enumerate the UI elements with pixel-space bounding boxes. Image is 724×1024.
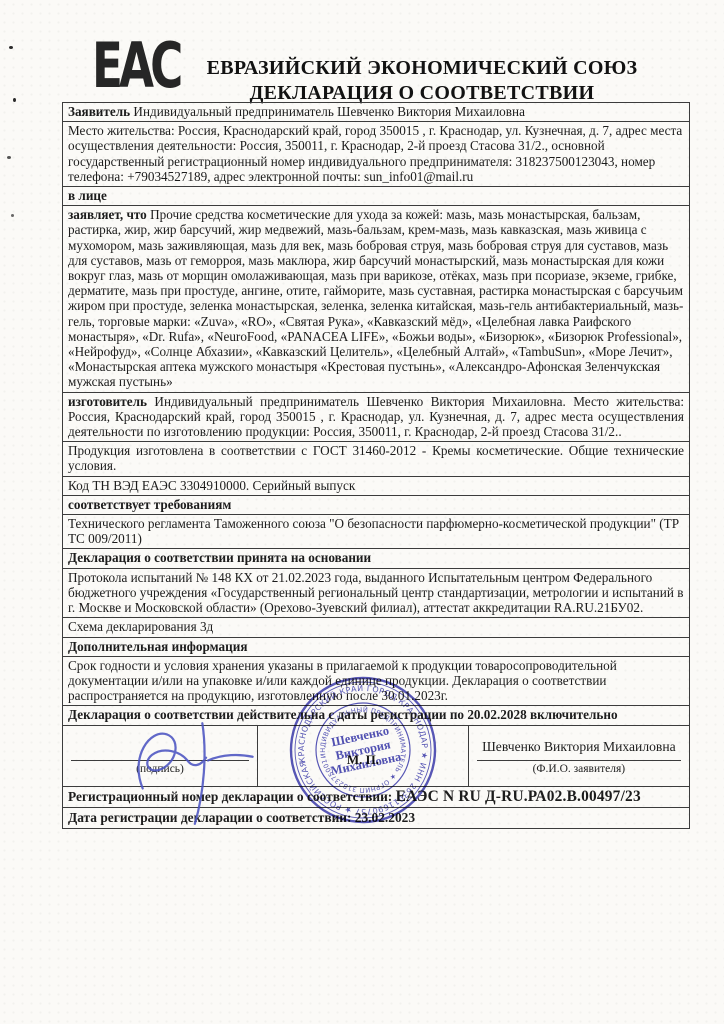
applicant-value: Индивидуальный предприниматель Шевченко …: [133, 104, 525, 119]
row-applicant: Заявитель Индивидуальный предприниматель…: [62, 102, 690, 122]
row-validity: Декларация о соответствии действительна …: [62, 705, 690, 725]
applicant-label: Заявитель: [68, 104, 130, 119]
test-protocol-text: Протокола испытаний № 148 КХ от 21.02.20…: [68, 570, 683, 615]
scan-speck: [13, 98, 16, 102]
tnved-text: Код ТН ВЭД ЕАЭС 3304910000. Серийный вып…: [68, 478, 355, 493]
row-technical-regulation: Технического регламента Таможенного союз…: [62, 514, 690, 549]
row-basis-heading: Декларация о соответствии принята на осн…: [62, 548, 690, 568]
stamp-place-mark: М. П.: [258, 752, 468, 767]
applicant-fio: Шевченко Виктория Михаиловна: [469, 739, 689, 754]
declares-label: заявляет, что: [68, 207, 147, 222]
scan-speck: [7, 156, 11, 159]
row-registration-number: Регистрационный номер декларации о соотв…: [62, 786, 690, 808]
scan-speck: [9, 46, 13, 49]
additional-info-text: Срок годности и условия хранения указаны…: [68, 658, 617, 703]
declaration-table: Заявитель Индивидуальный предприниматель…: [62, 103, 690, 829]
fio-line: [477, 760, 681, 761]
row-product-gost: Продукция изготовлена в соответствии с Г…: [62, 441, 690, 476]
product-list-text: Прочие средства косметические для ухода …: [68, 207, 683, 389]
signature-cell: (подпись): [63, 726, 258, 786]
in-person-label: в лице: [68, 188, 107, 203]
row-manufacturer: изготовитель Индивидуальный предпринимат…: [62, 392, 690, 443]
validity-text: Декларация о соответствии действительна …: [68, 707, 618, 722]
registration-number-value: ЕАЭС N RU Д-RU.РА02.В.00497/23: [396, 788, 641, 805]
declaration-scheme-text: Схема декларирования 3д: [68, 619, 213, 634]
fio-caption: (Ф.И.О. заявителя): [469, 762, 689, 777]
scanned-declaration-page: ЕАС ЕВРАЗИЙСКИЙ ЭКОНОМИЧЕСКИЙ СОЮЗ ДЕКЛА…: [0, 0, 724, 1024]
row-in-person: в лице: [62, 186, 690, 206]
stamp-cell: М. П. КРАСНОДАРСКИЙ КРАЙ ГОРОД КРАСНОДАР…: [258, 726, 469, 786]
stamp-center-line1: Шевченко: [330, 723, 390, 749]
row-additional-info-text: Срок годности и условия хранения указаны…: [62, 656, 690, 707]
row-declaration-scheme: Схема декларирования 3д: [62, 617, 690, 637]
title-line-union: ЕВРАЗИЙСКИЙ ЭКОНОМИЧЕСКИЙ СОЮЗ: [148, 56, 696, 81]
manufacturer-label: изготовитель: [68, 394, 147, 409]
row-tnved-code: Код ТН ВЭД ЕАЭС 3304910000. Серийный вып…: [62, 476, 690, 496]
registration-date-label: Дата регистрации декларации о соответств…: [68, 810, 351, 825]
row-complies-heading: соответствует требованиям: [62, 495, 690, 515]
basis-label: Декларация о соответствии принята на осн…: [68, 550, 371, 565]
fio-cell: Шевченко Виктория Михаиловна (Ф.И.О. зая…: [469, 726, 689, 786]
document-title: ЕВРАЗИЙСКИЙ ЭКОНОМИЧЕСКИЙ СОЮЗ ДЕКЛАРАЦИ…: [148, 56, 696, 106]
row-declares: заявляет, что Прочие средства косметичес…: [62, 205, 690, 392]
signature-row: (подпись) М. П. КРАСНОДАРСКИЙ КРАЙ ГО: [62, 725, 690, 787]
registration-date-value: 23.02.2023: [355, 810, 415, 825]
signature-line: [71, 760, 249, 761]
row-test-protocol: Протокола испытаний № 148 КХ от 21.02.20…: [62, 568, 690, 619]
row-registration-date: Дата регистрации декларации о соответств…: [62, 807, 690, 829]
applicant-address-text: Место жительства: Россия, Краснодарский …: [68, 123, 682, 184]
technical-regulation-text: Технического регламента Таможенного союз…: [68, 516, 679, 546]
gost-text: Продукция изготовлена в соответствии с Г…: [68, 443, 684, 473]
signature-caption: (подпись): [63, 762, 257, 777]
additional-info-label: Дополнительная информация: [68, 639, 247, 654]
row-additional-info-heading: Дополнительная информация: [62, 637, 690, 657]
scan-speck: [11, 214, 14, 217]
registration-number-label: Регистрационный номер декларации о соотв…: [68, 789, 392, 804]
complies-label: соответствует требованиям: [68, 497, 231, 512]
row-applicant-address: Место жительства: Россия, Краснодарский …: [62, 121, 690, 187]
manufacturer-text: Индивидуальный предприниматель Шевченко …: [68, 394, 684, 439]
